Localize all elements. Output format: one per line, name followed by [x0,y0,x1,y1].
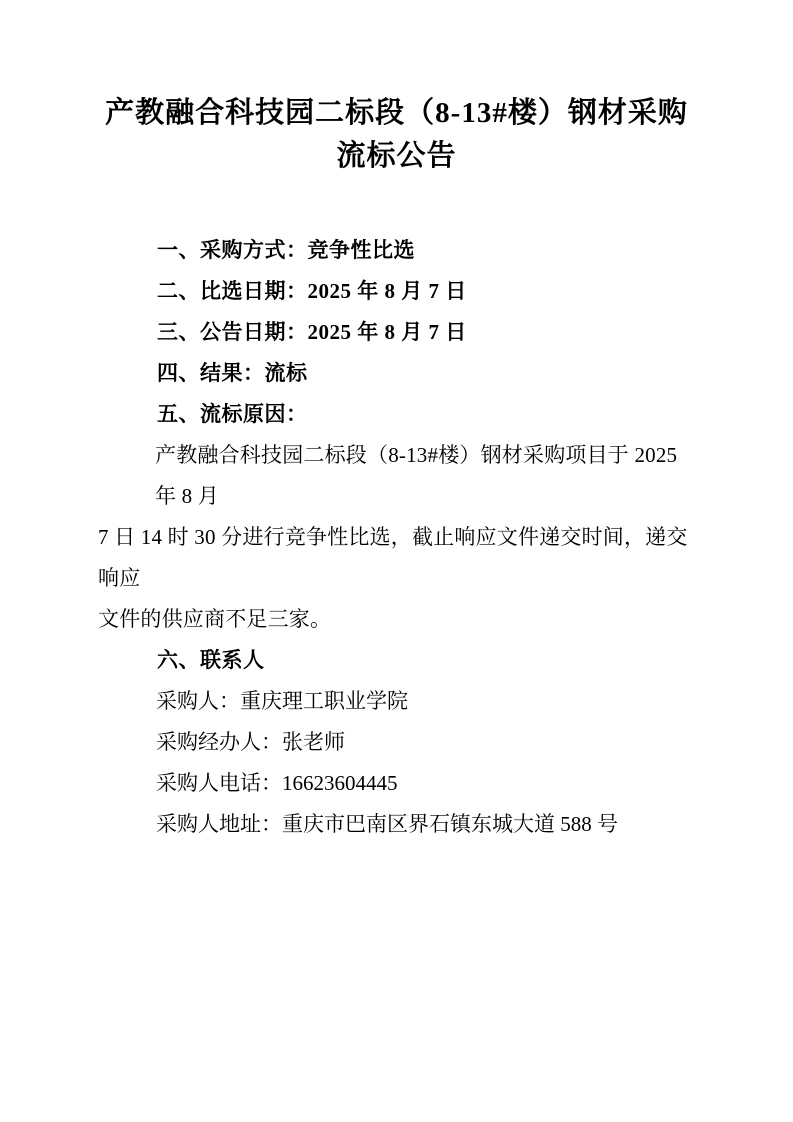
paragraph-line-1: 产教融合科技园二标段（8-13#楼）钢材采购项目于 2025 年 8 月 [98,435,695,517]
page-title-line-1: 产教融合科技园二标段（8-13#楼）钢材采购 [0,92,793,135]
list-item-purchase-method: 一、采购方式：竞争性比选 [98,230,695,271]
page-title-line-2: 流标公告 [0,135,793,178]
section-heading-contact: 六、联系人 [98,640,695,681]
list-item-announcement-date: 三、公告日期：2025 年 8 月 7 日 [98,312,695,353]
contact-address: 采购人地址：重庆市巴南区界石镇东城大道 588 号 [98,804,695,845]
list-item-comparison-date: 二、比选日期：2025 年 8 月 7 日 [98,271,695,312]
page-title: 产教融合科技园二标段（8-13#楼）钢材采购 流标公告 [0,0,793,178]
list-item-result: 四、结果：流标 [98,353,695,394]
list-item-failure-reason-heading: 五、流标原因： [98,394,695,435]
paragraph-line-2: 7 日 14 时 30 分进行竞争性比选，截止响应文件递交时间，递交响应 [98,517,695,599]
contact-purchaser: 采购人：重庆理工职业学院 [98,681,695,722]
document-body: 一、采购方式：竞争性比选 二、比选日期：2025 年 8 月 7 日 三、公告日… [0,178,793,845]
contact-phone: 采购人电话：16623604445 [98,763,695,804]
paragraph-line-3: 文件的供应商不足三家。 [98,599,695,640]
failure-reason-paragraph: 产教融合科技园二标段（8-13#楼）钢材采购项目于 2025 年 8 月 7 日… [98,435,695,640]
document-page: 产教融合科技园二标段（8-13#楼）钢材采购 流标公告 一、采购方式：竞争性比选… [0,0,793,1122]
contact-agent: 采购经办人：张老师 [98,722,695,763]
contact-section: 采购人：重庆理工职业学院 采购经办人：张老师 采购人电话：16623604445… [98,681,695,845]
